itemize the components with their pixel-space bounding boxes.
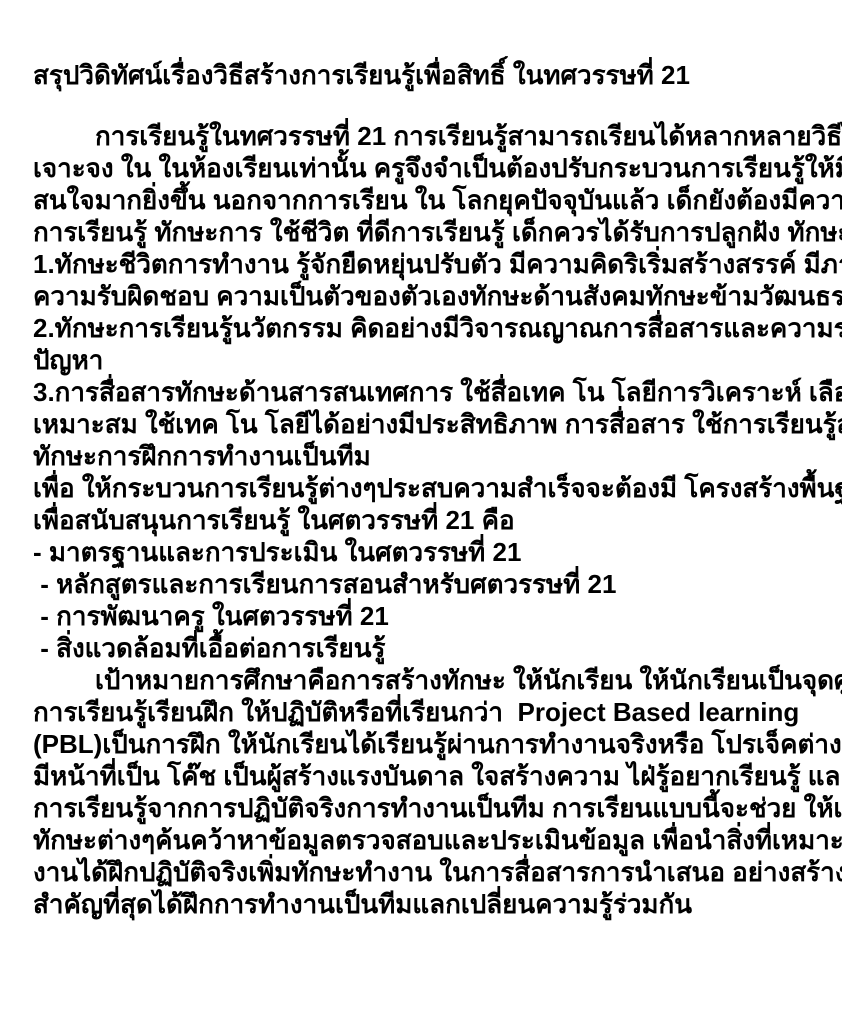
text-line: สนใจมากยิ่งขึ้น นอกจากการเรียน ใน โลกยุค…	[33, 184, 820, 216]
numbered-item-line: 2.ทักษะการเรียนรู้นวัตกรรม คิดอย่างมีวิจ…	[33, 312, 820, 344]
document-page: สรุปวิดิทัศน์เรื่องวิธีสร้างการเรียนรู้เ…	[0, 0, 842, 1024]
text-line: เหมาะสม ใช้เทค โน โลยีได้อย่างมีประสิทธิ…	[33, 408, 820, 440]
text-line: มีหน้าที่เป็น โค๊ช เป็นผู้สร้างแรงบันดาล…	[33, 760, 820, 792]
text-line: ทักษะต่างๆค้นคว้าหาข้อมูลตรวจสอบและประเม…	[33, 824, 820, 856]
document-title: สรุปวิดิทัศน์เรื่องวิธีสร้างการเรียนรู้เ…	[33, 57, 820, 93]
text-line: การเรียนรู้ ทักษะการ ใช้ชีวิต ที่ดีการเร…	[33, 216, 820, 248]
list-item: - หลักสูตรและการเรียนการสอนสำหรับศตวรรษท…	[33, 568, 820, 600]
numbered-item-line: 3.การสื่อสารทักษะด้านสารสนเทศการ ใช้สื่อ…	[33, 376, 820, 408]
text-line: สำคัญที่สุดได้ฝึกการทำงานเป็นทีมแลกเปลี่…	[33, 888, 820, 920]
list-item: - สิ่งแวดล้อมที่เอื้อต่อการเรียนรู้	[33, 632, 820, 664]
text-line: ปัญหา	[33, 344, 820, 376]
text-line: (PBL)เป็นการฝึก ให้นักเรียนได้เรียนรู้ผ่…	[33, 728, 820, 760]
text-line: เพื่อ ให้กระบวนการเรียนรู้ต่างๆประสบความ…	[33, 472, 820, 504]
text-line: เพื่อสนับสนุนการเรียนรู้ ในศตวรรษที่ 21 …	[33, 504, 820, 536]
text-line: การเรียนรู้จากการปฏิบัติจริงการทำงานเป็น…	[33, 792, 820, 824]
numbered-item-line: 1.ทักษะชีวิตการทำงาน รู้จักยืดหยุ่นปรับต…	[33, 248, 820, 280]
list-item: - การพัฒนาครู ในศตวรรษที่ 21	[33, 600, 820, 632]
text-line: ทักษะการฝึกการทำงานเป็นทีม	[33, 440, 820, 472]
text-line: การเรียนรู้เรียนฝึก ให้ปฏิบัติหรือที่เรี…	[33, 696, 820, 728]
paragraph-first-line: เป้าหมายการศึกษาคือการสร้างทักษะ ให้นักเ…	[33, 664, 820, 696]
paragraph-first-line: การเรียนรู้ในทศวรรษที่ 21 การเรียนรู้สาม…	[33, 120, 820, 152]
list-item: - มาตรฐานและการประเมิน ในศตวรรษที่ 21	[33, 536, 820, 568]
text-line: ความรับผิดชอบ ความเป็นตัวของตัวเองทักษะด…	[33, 280, 820, 312]
text-line: งานได้ฝึกปฏิบัติจริงเพิ่มทักษะทำงาน ในกา…	[33, 856, 820, 888]
text-line: เจาะจง ใน ในห้องเรียนเท่านั้น ครูจึงจำเป…	[33, 152, 820, 184]
